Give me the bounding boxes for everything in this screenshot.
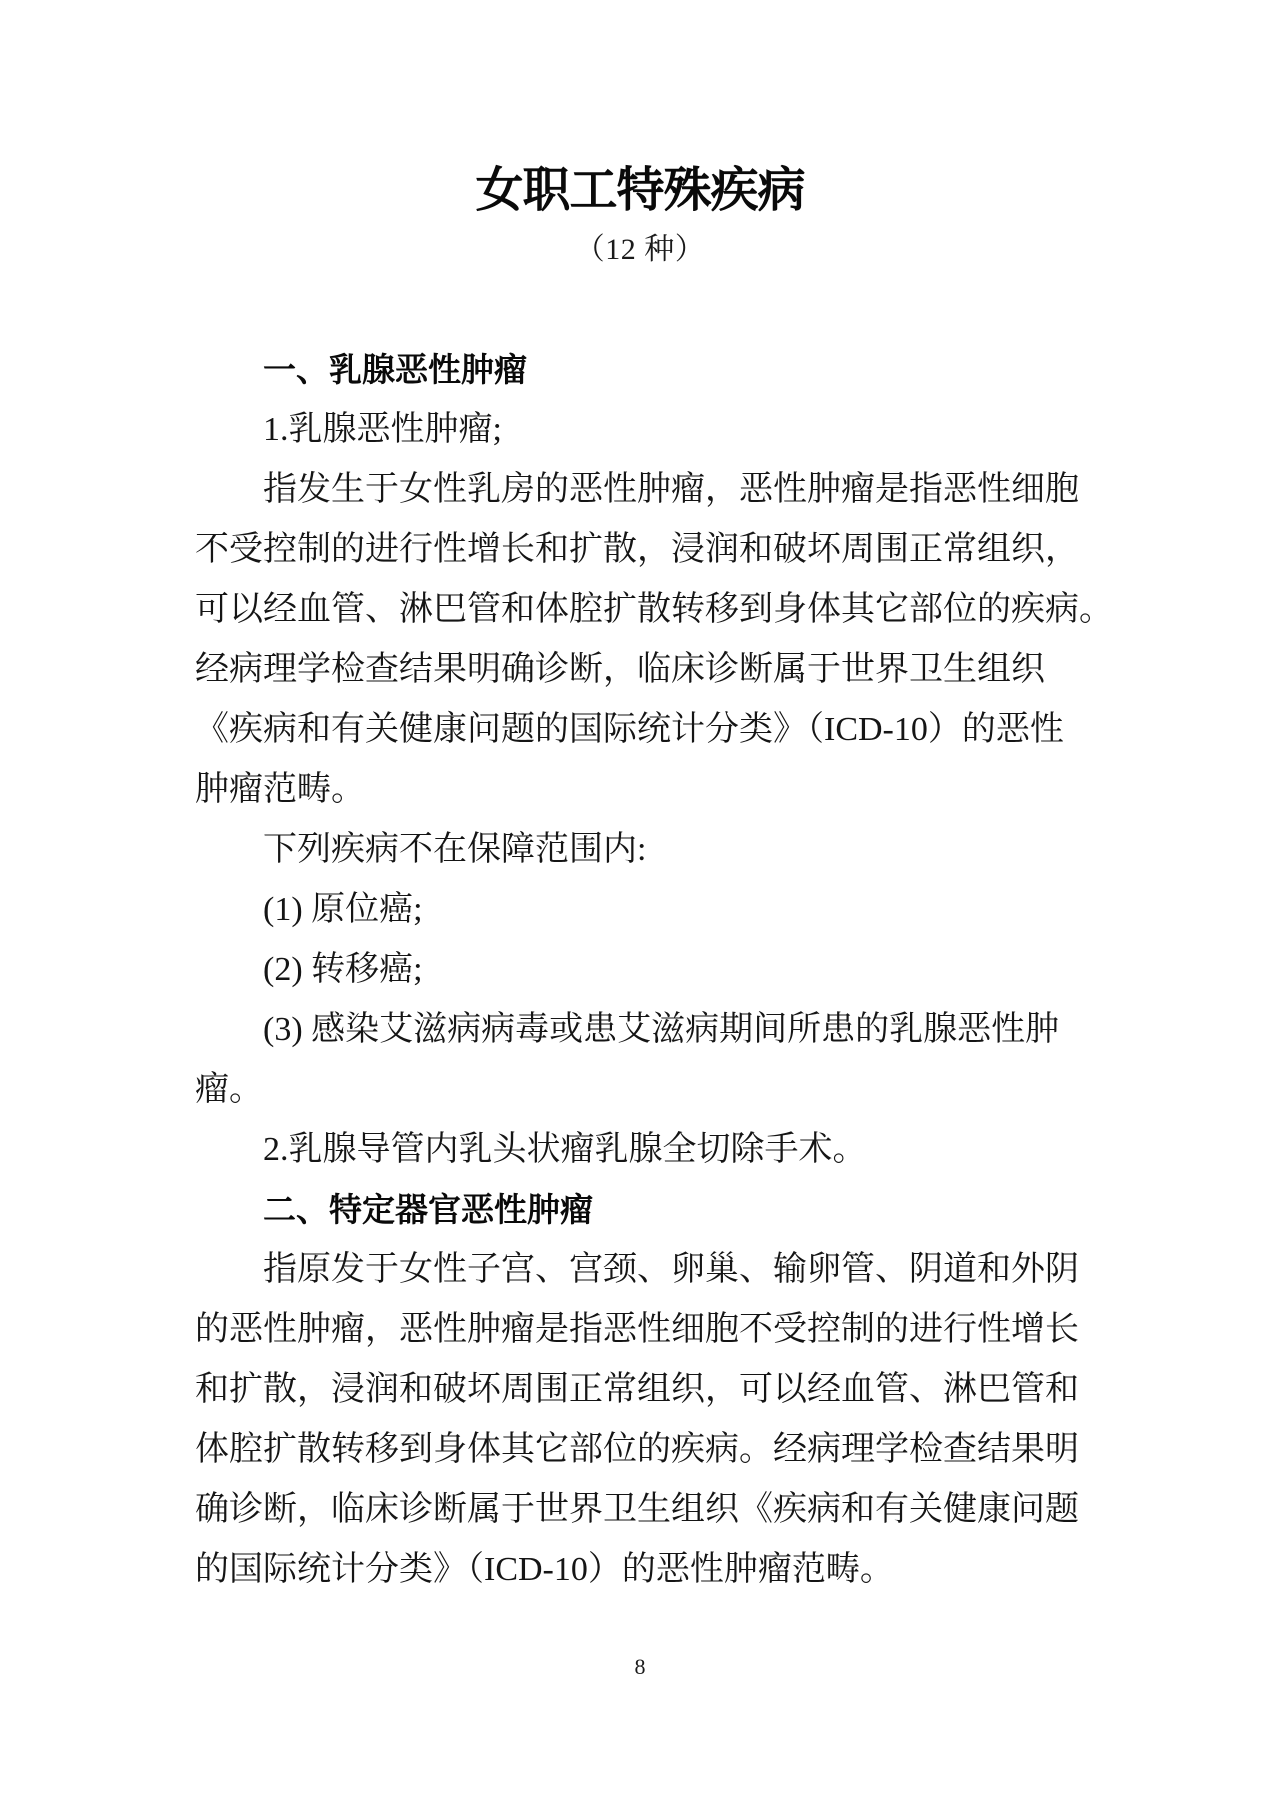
text-line: 的恶性肿瘤，恶性肿瘤是指恶性细胞不受控制的进行性增长: [195, 1300, 1155, 1360]
page-title: 女职工特殊疾病: [0, 163, 1280, 219]
page-number: 8: [0, 1655, 1280, 1679]
document-page: 女职工特殊疾病 （12 种） 一、乳腺恶性肿瘤 1.乳腺恶性肿瘤; 指发生于女性…: [0, 0, 1280, 1810]
text-line: 经病理学检查结果明确诊断，临床诊断属于世界卫生组织: [195, 640, 1155, 700]
section-2-heading: 二、特定器官恶性肿瘤: [195, 1180, 1155, 1240]
section-1-heading: 一、乳腺恶性肿瘤: [195, 340, 1155, 400]
text-line: 《疾病和有关健康问题的国际统计分类》（ICD-10）的恶性: [195, 700, 1155, 760]
text-line: 下列疾病不在保障范围内:: [195, 820, 1155, 880]
list-item-2: (2) 转移癌;: [195, 940, 1155, 1000]
text-line: 的国际统计分类》（ICD-10）的恶性肿瘤范畴。: [195, 1540, 1155, 1600]
text-line: 和扩散，浸润和破坏周围正常组织，可以经血管、淋巴管和: [195, 1360, 1155, 1420]
text-line: 体腔扩散转移到身体其它部位的疾病。经病理学检查结果明: [195, 1420, 1155, 1480]
text-line: 1.乳腺恶性肿瘤;: [195, 400, 1155, 460]
document-body: 一、乳腺恶性肿瘤 1.乳腺恶性肿瘤; 指发生于女性乳房的恶性肿瘤，恶性肿瘤是指恶…: [195, 340, 1155, 1600]
document-header: 女职工特殊疾病 （12 种）: [0, 0, 1280, 272]
text-line: 确诊断，临床诊断属于世界卫生组织《疾病和有关健康问题: [195, 1480, 1155, 1540]
text-line: 指原发于女性子宫、宫颈、卵巢、输卵管、阴道和外阴: [195, 1240, 1155, 1300]
list-item-1: (1) 原位癌;: [195, 880, 1155, 940]
text-line: 瘤。: [195, 1060, 1155, 1120]
text-line: 指发生于女性乳房的恶性肿瘤，恶性肿瘤是指恶性细胞: [195, 460, 1155, 520]
text-line: 2.乳腺导管内乳头状瘤乳腺全切除手术。: [195, 1120, 1155, 1180]
text-line: 不受控制的进行性增长和扩散，浸润和破坏周围正常组织，: [195, 520, 1155, 580]
list-item-3: (3) 感染艾滋病病毒或患艾滋病期间所患的乳腺恶性肿: [195, 1000, 1155, 1060]
text-line: 肿瘤范畴。: [195, 760, 1155, 820]
text-line: 可以经血管、淋巴管和体腔扩散转移到身体其它部位的疾病。: [195, 580, 1155, 640]
page-subtitle: （12 种）: [0, 228, 1280, 272]
